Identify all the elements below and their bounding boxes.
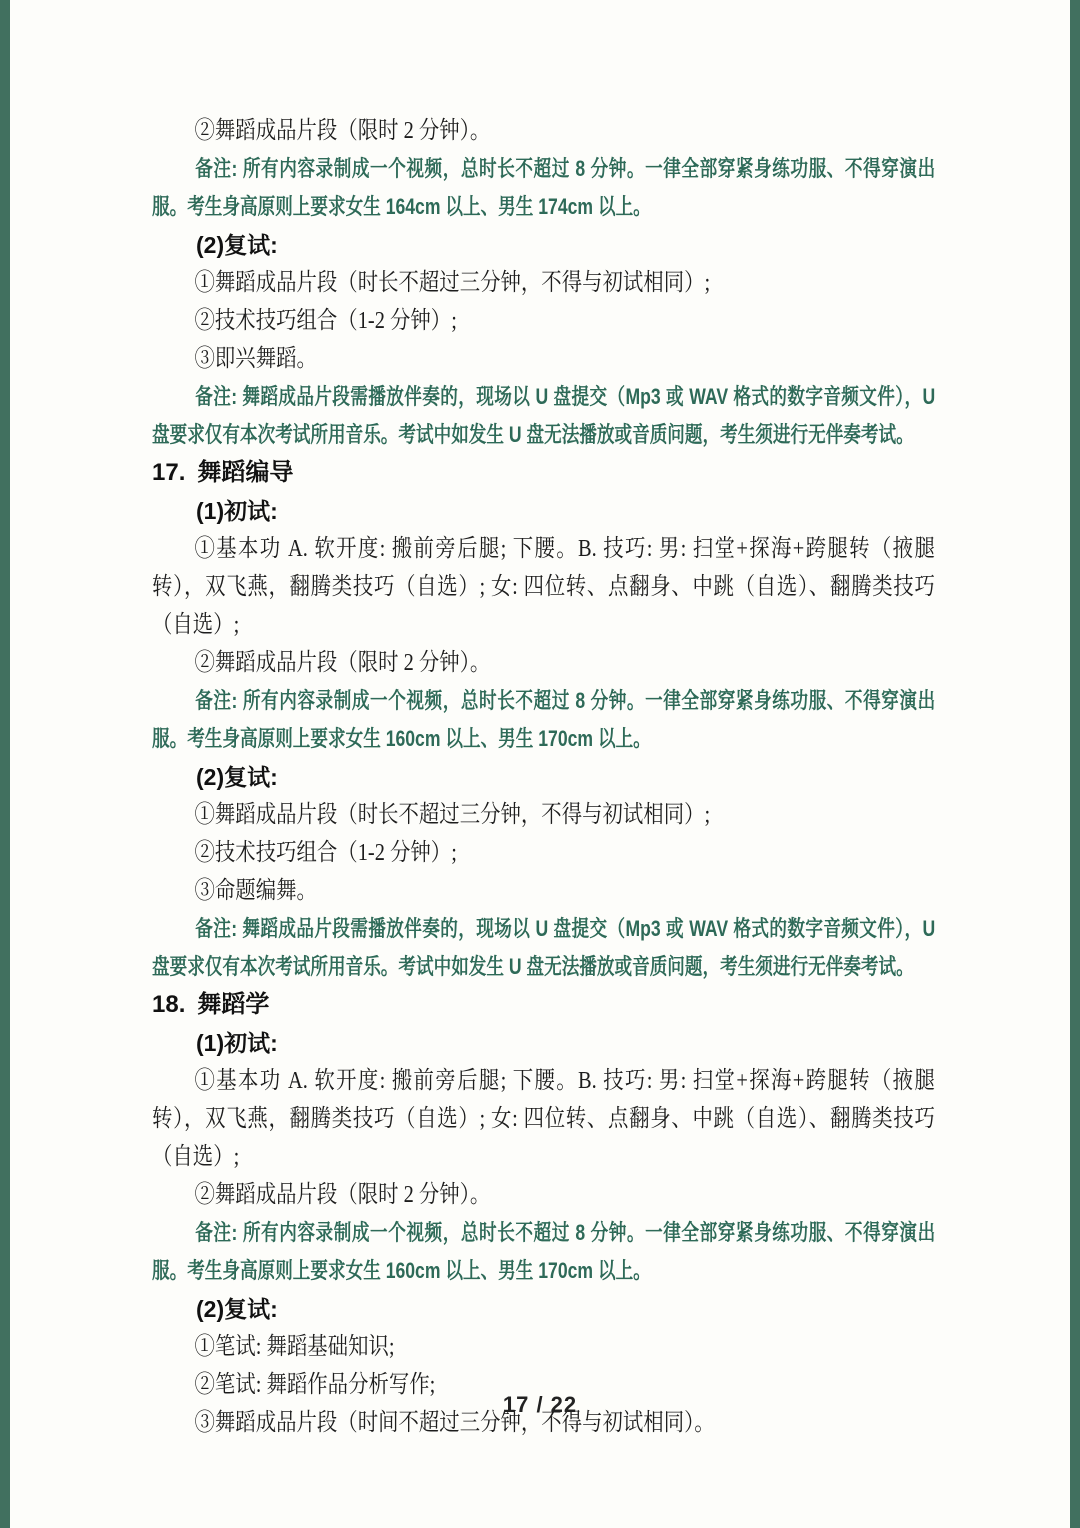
- exam-item-line: ②舞蹈成品片段（限时 2 分钟）。: [152, 112, 935, 150]
- subsection-heading-first-test: (1)初试:: [152, 492, 935, 530]
- document-body: ②舞蹈成品片段（限时 2 分钟）。 备注: 所有内容录制成一个视频，总时长不超过…: [152, 112, 935, 1442]
- exam-item-line: ①舞蹈成品片段（时长不超过三分钟，不得与初试相同）;: [152, 264, 935, 302]
- exam-item-line: ②技术技巧组合（1-2 分钟）;: [152, 302, 935, 340]
- exam-item-line: ①笔试: 舞蹈基础知识;: [152, 1328, 935, 1366]
- section-heading-18: 18.舞蹈学: [152, 986, 935, 1024]
- right-border-strip: [1070, 0, 1080, 1528]
- page-number: 17 / 22: [0, 1392, 1080, 1418]
- subsection-heading-retest: (2)复试:: [152, 226, 935, 264]
- section-title: 舞蹈编导: [197, 459, 293, 486]
- note-line: 备注: 所有内容录制成一个视频，总时长不超过 8 分钟。一律全部穿紧身练功服、不…: [152, 150, 935, 226]
- exam-item-line: ①基本功 A. 软开度: 搬前旁后腿; 下腰。B. 技巧: 男: 扫堂+探海+跨…: [152, 530, 935, 644]
- exam-item-line: ③命题编舞。: [152, 872, 935, 910]
- note-line: 备注: 舞蹈成品片段需播放伴奏的，现场以 U 盘提交（Mp3 或 WAV 格式的…: [152, 378, 935, 454]
- exam-item-line: ①舞蹈成品片段（时长不超过三分钟，不得与初试相同）;: [152, 796, 935, 834]
- exam-item-line: ③即兴舞蹈。: [152, 340, 935, 378]
- section-title: 舞蹈学: [197, 991, 269, 1018]
- subsection-heading-retest: (2)复试:: [152, 758, 935, 796]
- note-line: 备注: 所有内容录制成一个视频，总时长不超过 8 分钟。一律全部穿紧身练功服、不…: [152, 1214, 935, 1290]
- exam-item-line: ②舞蹈成品片段（限时 2 分钟）。: [152, 1176, 935, 1214]
- section-number: 18.: [152, 986, 185, 1024]
- subsection-heading-first-test: (1)初试:: [152, 1024, 935, 1062]
- exam-item-line: ②舞蹈成品片段（限时 2 分钟）。: [152, 644, 935, 682]
- note-line: 备注: 舞蹈成品片段需播放伴奏的，现场以 U 盘提交（Mp3 或 WAV 格式的…: [152, 910, 935, 986]
- note-line: 备注: 所有内容录制成一个视频，总时长不超过 8 分钟。一律全部穿紧身练功服、不…: [152, 682, 935, 758]
- section-heading-17: 17.舞蹈编导: [152, 454, 935, 492]
- left-border-strip: [0, 0, 10, 1528]
- exam-item-line: ①基本功 A. 软开度: 搬前旁后腿; 下腰。B. 技巧: 男: 扫堂+探海+跨…: [152, 1062, 935, 1176]
- subsection-heading-retest: (2)复试:: [152, 1290, 935, 1328]
- section-number: 17.: [152, 454, 185, 492]
- exam-item-line: ②技术技巧组合（1-2 分钟）;: [152, 834, 935, 872]
